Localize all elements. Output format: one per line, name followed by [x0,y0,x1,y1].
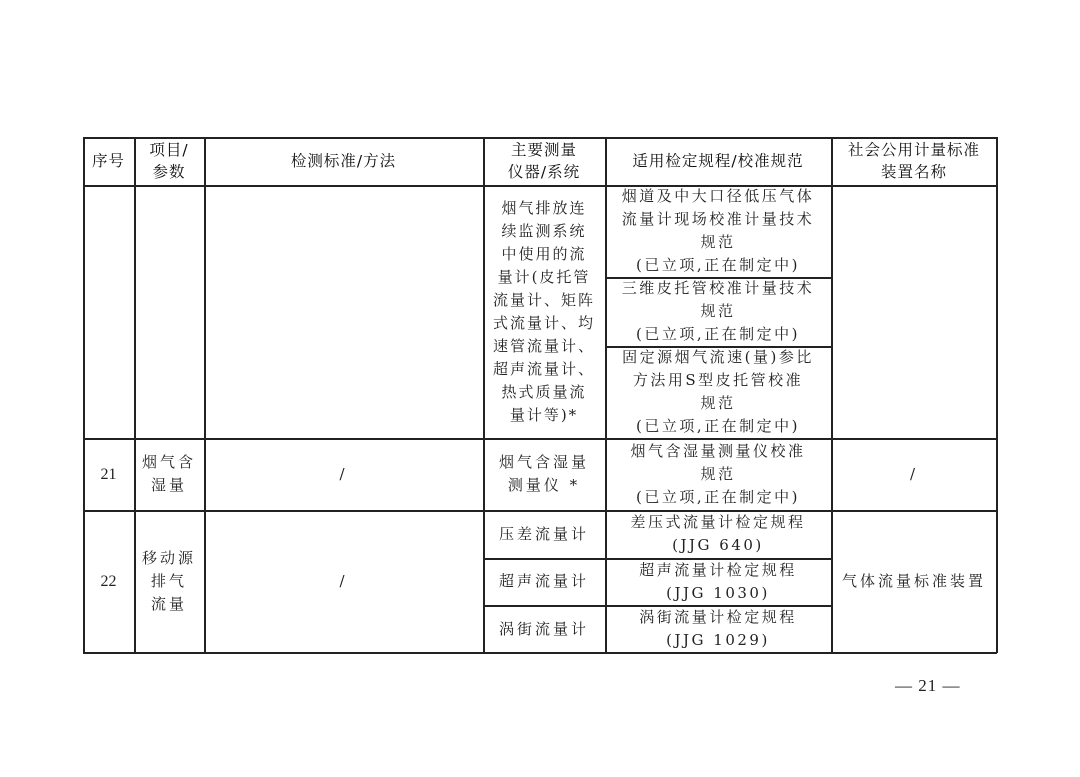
col-divider-3 [483,137,485,653]
subrow-divider-22-2 [483,605,831,607]
border-left [83,137,85,653]
row-22-instrument-3-text: 涡街流量计 [499,618,589,641]
row-22-method-text: / [339,570,347,593]
subrow-divider-reg-2 [605,346,831,348]
row-22-regulation-3-text: 涡街流量计检定规程 (JJG 1029) [639,606,797,652]
row-22-seq: 22 [83,510,134,653]
row-cont-instrument-text: 烟气排放连 续监测系统 中使用的流 量计(皮托管 流量计、矩阵 式流量计、均 速… [493,197,595,427]
row-divider-21-22 [83,510,997,512]
header-seq-text: 序号 [92,150,125,172]
row-21-regulation-text: 烟气含湿量测量仪校准 规范 (已立项,正在制定中) [630,440,805,509]
row-22-instrument-2: 超声流量计 [483,558,605,605]
row-21-method-text: / [339,463,347,486]
row-21-seq-text: 21 [101,463,117,486]
row-22-seq-text: 22 [101,570,117,593]
row-cont-regulation-3-text: 固定源烟气流速(量)参比 方法用S型皮托管校准 规范 (已立项,正在制定中) [622,346,814,438]
row-cont-instrument: 烟气排放连 续监测系统 中使用的流 量计(皮托管 流量计、矩阵 式流量计、均 速… [483,185,605,438]
row-22-regulation-1: 差压式流量计检定规程 (JJG 640) [605,510,831,558]
header-regulation: 适用检定规程/校准规范 [605,137,831,185]
subrow-divider-22-1 [483,558,831,560]
row-22-regulation-2-text: 超声流量计检定规程 (JJG 1030) [639,559,797,605]
row-22-standard-device: 气体流量标准装置 [831,510,997,653]
row-22-item-text: 移动源 排气 流量 [142,547,196,616]
header-regulation-text: 适用检定规程/校准规范 [632,150,803,172]
row-cont-regulation-2-text: 三维皮托管校准计量技术 规范 (已立项,正在制定中) [622,277,815,346]
header-item-text: 项目/ 参数 [149,139,188,183]
header-instrument: 主要测量 仪器/系统 [483,137,605,185]
row-22-item: 移动源 排气 流量 [134,510,204,653]
row-21-instrument-text: 烟气含湿量 测量仪 * [499,451,589,497]
row-22-regulation-1-text: 差压式流量计检定规程 (JJG 640) [630,511,805,557]
header-standard-device-text: 社会公用计量标准 装置名称 [848,139,980,183]
page-number: — 21 — [895,676,961,696]
border-right [996,137,998,653]
row-21-regulation: 烟气含湿量测量仪校准 规范 (已立项,正在制定中) [605,438,831,510]
row-21-standard-device-text: / [910,463,918,486]
header-item: 项目/ 参数 [134,137,204,185]
row-divider-header [83,185,997,187]
header-method-text: 检测标准/方法 [291,150,396,172]
row-22-instrument-1: 压差流量计 [483,510,605,558]
row-22-regulation-2: 超声流量计检定规程 (JJG 1030) [605,558,831,605]
document-page: 序号 项目/ 参数 检测标准/方法 主要测量 仪器/系统 适用检定规程/校准规范… [0,0,1080,777]
row-21-method: / [204,438,483,510]
header-standard-device: 社会公用计量标准 装置名称 [831,137,997,185]
row-22-regulation-3: 涡街流量计检定规程 (JJG 1029) [605,605,831,653]
row-21-seq: 21 [83,438,134,510]
row-cont-regulation-3: 固定源烟气流速(量)参比 方法用S型皮托管校准 规范 (已立项,正在制定中) [605,346,831,438]
header-method: 检测标准/方法 [204,137,483,185]
row-22-instrument-1-text: 压差流量计 [499,523,589,546]
header-instrument-text: 主要测量 仪器/系统 [508,139,580,183]
col-divider-4 [605,137,607,653]
row-cont-regulation-1-text: 烟道及中大口径低压气体 流量计现场校准计量技术 规范 (已立项,正在制定中) [622,185,815,277]
subrow-divider-reg-1 [605,277,831,279]
col-divider-1 [134,137,136,653]
row-21-standard-device: / [831,438,997,510]
row-21-item-text: 烟气含 湿量 [142,451,196,497]
row-22-standard-device-text: 气体流量标准装置 [842,570,986,593]
col-divider-5 [831,137,833,653]
header-seq: 序号 [83,137,134,185]
border-bottom [83,652,997,654]
border-top [83,137,997,139]
row-cont-regulation-1: 烟道及中大口径低压气体 流量计现场校准计量技术 规范 (已立项,正在制定中) [605,185,831,277]
metrology-table: 序号 项目/ 参数 检测标准/方法 主要测量 仪器/系统 适用检定规程/校准规范… [83,137,997,653]
row-22-method: / [204,510,483,653]
row-divider-20-21 [83,438,997,440]
row-22-instrument-3: 涡街流量计 [483,605,605,653]
row-21-instrument: 烟气含湿量 测量仪 * [483,438,605,510]
row-22-instrument-2-text: 超声流量计 [499,570,589,593]
row-21-item: 烟气含 湿量 [134,438,204,510]
row-cont-regulation-2: 三维皮托管校准计量技术 规范 (已立项,正在制定中) [605,277,831,346]
col-divider-2 [204,137,206,653]
